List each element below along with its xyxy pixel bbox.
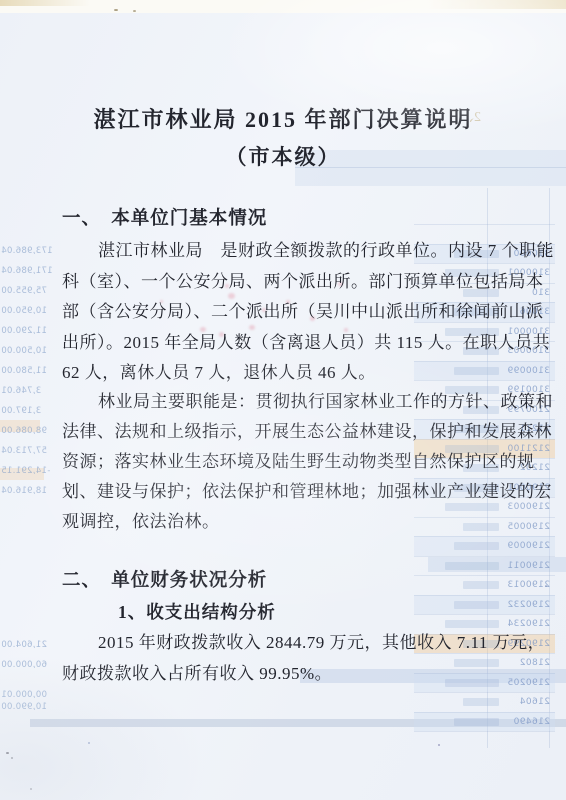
scanned-document-page: 3106003100001310310063100001310000331000… bbox=[0, 0, 566, 800]
section2-subheading: 1、收支出结构分析 bbox=[62, 599, 506, 625]
scan-speck bbox=[545, 585, 547, 587]
paragraph3-line: 财政拨款收入占所有收入 99.95%。 bbox=[62, 659, 506, 685]
paragraph2-line: 划、建设与保护；依法保护和管理林地；加强林业产业建设的宏 bbox=[62, 477, 506, 503]
scan-speck bbox=[6, 752, 9, 754]
scan-speck bbox=[88, 742, 90, 744]
paragraph2-line: 法律、法规和上级指示，开展生态公益林建设，保护和发展森林 bbox=[62, 417, 506, 443]
section1-heading: 一、 本单位门基本情况 bbox=[62, 204, 506, 230]
paragraph2-line: 资源；落实林业生态环境及陆生野生动物类型自然保护区的规 bbox=[62, 447, 506, 473]
paragraph1-line: 62 人，离休人员 7 人，退休人员 46 人。 bbox=[62, 358, 506, 384]
paragraph1-line: 出所）。2015 年全局人数（含离退人员）共 115 人。在职人员共 bbox=[62, 328, 506, 354]
paragraph1-line: 湛江市林业局 是财政全额拨款的行政单位。内设 7 个职能 bbox=[62, 236, 506, 262]
paragraph1-line: 科（室）、一个公安分局、两个派出所。部门预算单位包括局本 bbox=[62, 267, 506, 293]
scan-speck bbox=[30, 788, 32, 790]
doc-title-line2: （市本级） bbox=[0, 141, 566, 171]
paragraph2-line: 观调控，依法治林。 bbox=[62, 507, 506, 533]
scan-speck bbox=[11, 757, 13, 759]
paragraph1-line: 部（含公安分局）、二个派出所（吴川中山派出所和徐闻前山派 bbox=[62, 297, 506, 323]
paragraph2-line: 林业局主要职能是：贯彻执行国家林业工作的方针、政策和 bbox=[62, 387, 506, 413]
paragraph3-line: 2015 年财政拨款收入 2844.79 万元，其他收入 7.11 万元， bbox=[62, 628, 506, 654]
doc-title-line1: 湛江市林业局 2015 年部门决算说明 bbox=[0, 103, 566, 134]
document-text: 湛江市林业局 2015 年部门决算说明 （市本级） 一、 本单位门基本情况 湛江… bbox=[0, 0, 566, 800]
scan-speck bbox=[114, 9, 118, 11]
scan-speck bbox=[438, 744, 440, 746]
section2-heading: 二、 单位财务状况分析 bbox=[62, 566, 506, 592]
scan-speck bbox=[133, 10, 136, 12]
